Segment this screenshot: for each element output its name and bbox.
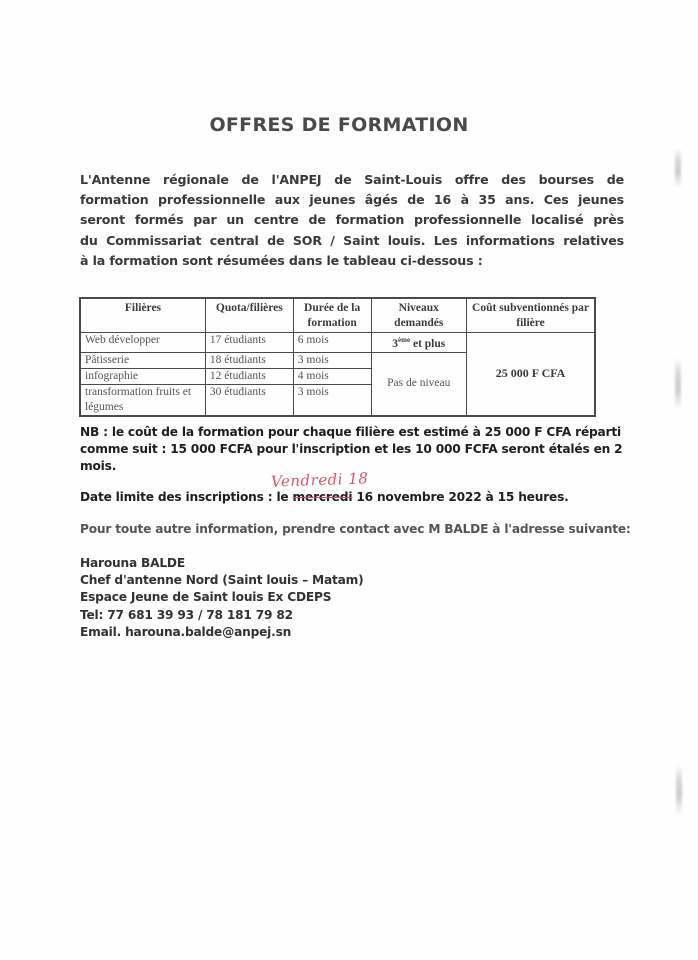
- cell-filiere: infographie: [80, 368, 205, 384]
- document-page: OFFRES DE FORMATION L'Antenne régionale …: [0, 0, 698, 960]
- contact-name: Harouna BALDE: [80, 555, 364, 572]
- cell-cout: 25 000 F CFA: [467, 333, 595, 416]
- formation-table: Filières Quota/filières Durée de la form…: [79, 297, 596, 417]
- contact-tel: Tel: 77 681 39 93 / 78 181 79 82: [80, 607, 364, 624]
- cell-quota: 17 étudiants: [205, 333, 293, 353]
- niveau-suffix: et plus: [410, 338, 445, 350]
- contact-place: Espace Jeune de Saint louis Ex CDEPS: [80, 589, 364, 606]
- table-header-row: Filières Quota/filières Durée de la form…: [80, 298, 595, 333]
- contact-email: Email. harouna.balde@anpej.sn: [80, 624, 364, 641]
- scan-smudge: [676, 765, 682, 815]
- page-title: OFFRES DE FORMATION: [0, 114, 678, 136]
- scan-smudge: [675, 148, 681, 188]
- header-quota: Quota/filières: [205, 298, 293, 333]
- contact-block: Harouna BALDE Chef d'antenne Nord (Saint…: [80, 555, 364, 641]
- cell-filiere: transformation fruits et légumes: [80, 384, 205, 416]
- deadline-struck-day: mercredi: [293, 490, 353, 504]
- header-filieres: Filières: [80, 298, 205, 333]
- deadline-before: Date limite des inscriptions : le: [80, 490, 293, 504]
- handwritten-correction: Vendredi 18: [271, 469, 369, 490]
- intro-paragraph: L'Antenne régionale de l'ANPEJ de Saint-…: [80, 170, 624, 271]
- niveau-sup: ème: [398, 336, 410, 344]
- header-niveaux: Niveaux demandés: [371, 298, 467, 333]
- cell-niveau: Pas de niveau: [371, 352, 467, 416]
- cell-duree: 3 mois: [293, 384, 371, 416]
- deadline-line: Date limite des inscriptions : le mercre…: [80, 490, 569, 504]
- nb-note: NB : le coût de la formation pour chaque…: [80, 424, 625, 475]
- cell-quota: 30 étudiants: [205, 384, 293, 416]
- contact-intro: Pour toute autre information, prendre co…: [80, 522, 631, 536]
- cell-duree: 4 mois: [293, 368, 371, 384]
- intro-line: seront formés par un centre de formation…: [80, 210, 624, 230]
- scan-smudge: [675, 358, 681, 410]
- table-row: Web développer 17 étudiants 6 mois 3ème …: [80, 333, 595, 353]
- header-cout: Coût subventionnés par filière: [467, 298, 595, 333]
- cell-quota: 12 étudiants: [205, 368, 293, 384]
- intro-line: du Commissariat central de SOR / Saint l…: [80, 231, 624, 251]
- deadline-after: 16 novembre 2022 à 15 heures.: [352, 490, 568, 504]
- cell-duree: 6 mois: [293, 333, 371, 353]
- header-duree: Durée de la formation: [293, 298, 371, 333]
- intro-line: formation professionnelle aux jeunes âgé…: [80, 190, 624, 210]
- cell-duree: 3 mois: [293, 352, 371, 368]
- cell-filiere: Pâtisserie: [80, 352, 205, 368]
- intro-line: à la formation sont résumées dans le tab…: [80, 251, 624, 271]
- intro-line: L'Antenne régionale de l'ANPEJ de Saint-…: [80, 170, 624, 190]
- cell-quota: 18 étudiants: [205, 352, 293, 368]
- cell-filiere: Web développer: [80, 333, 205, 353]
- contact-role: Chef d'antenne Nord (Saint louis – Matam…: [80, 572, 364, 589]
- cell-niveau: 3ème et plus: [371, 333, 467, 353]
